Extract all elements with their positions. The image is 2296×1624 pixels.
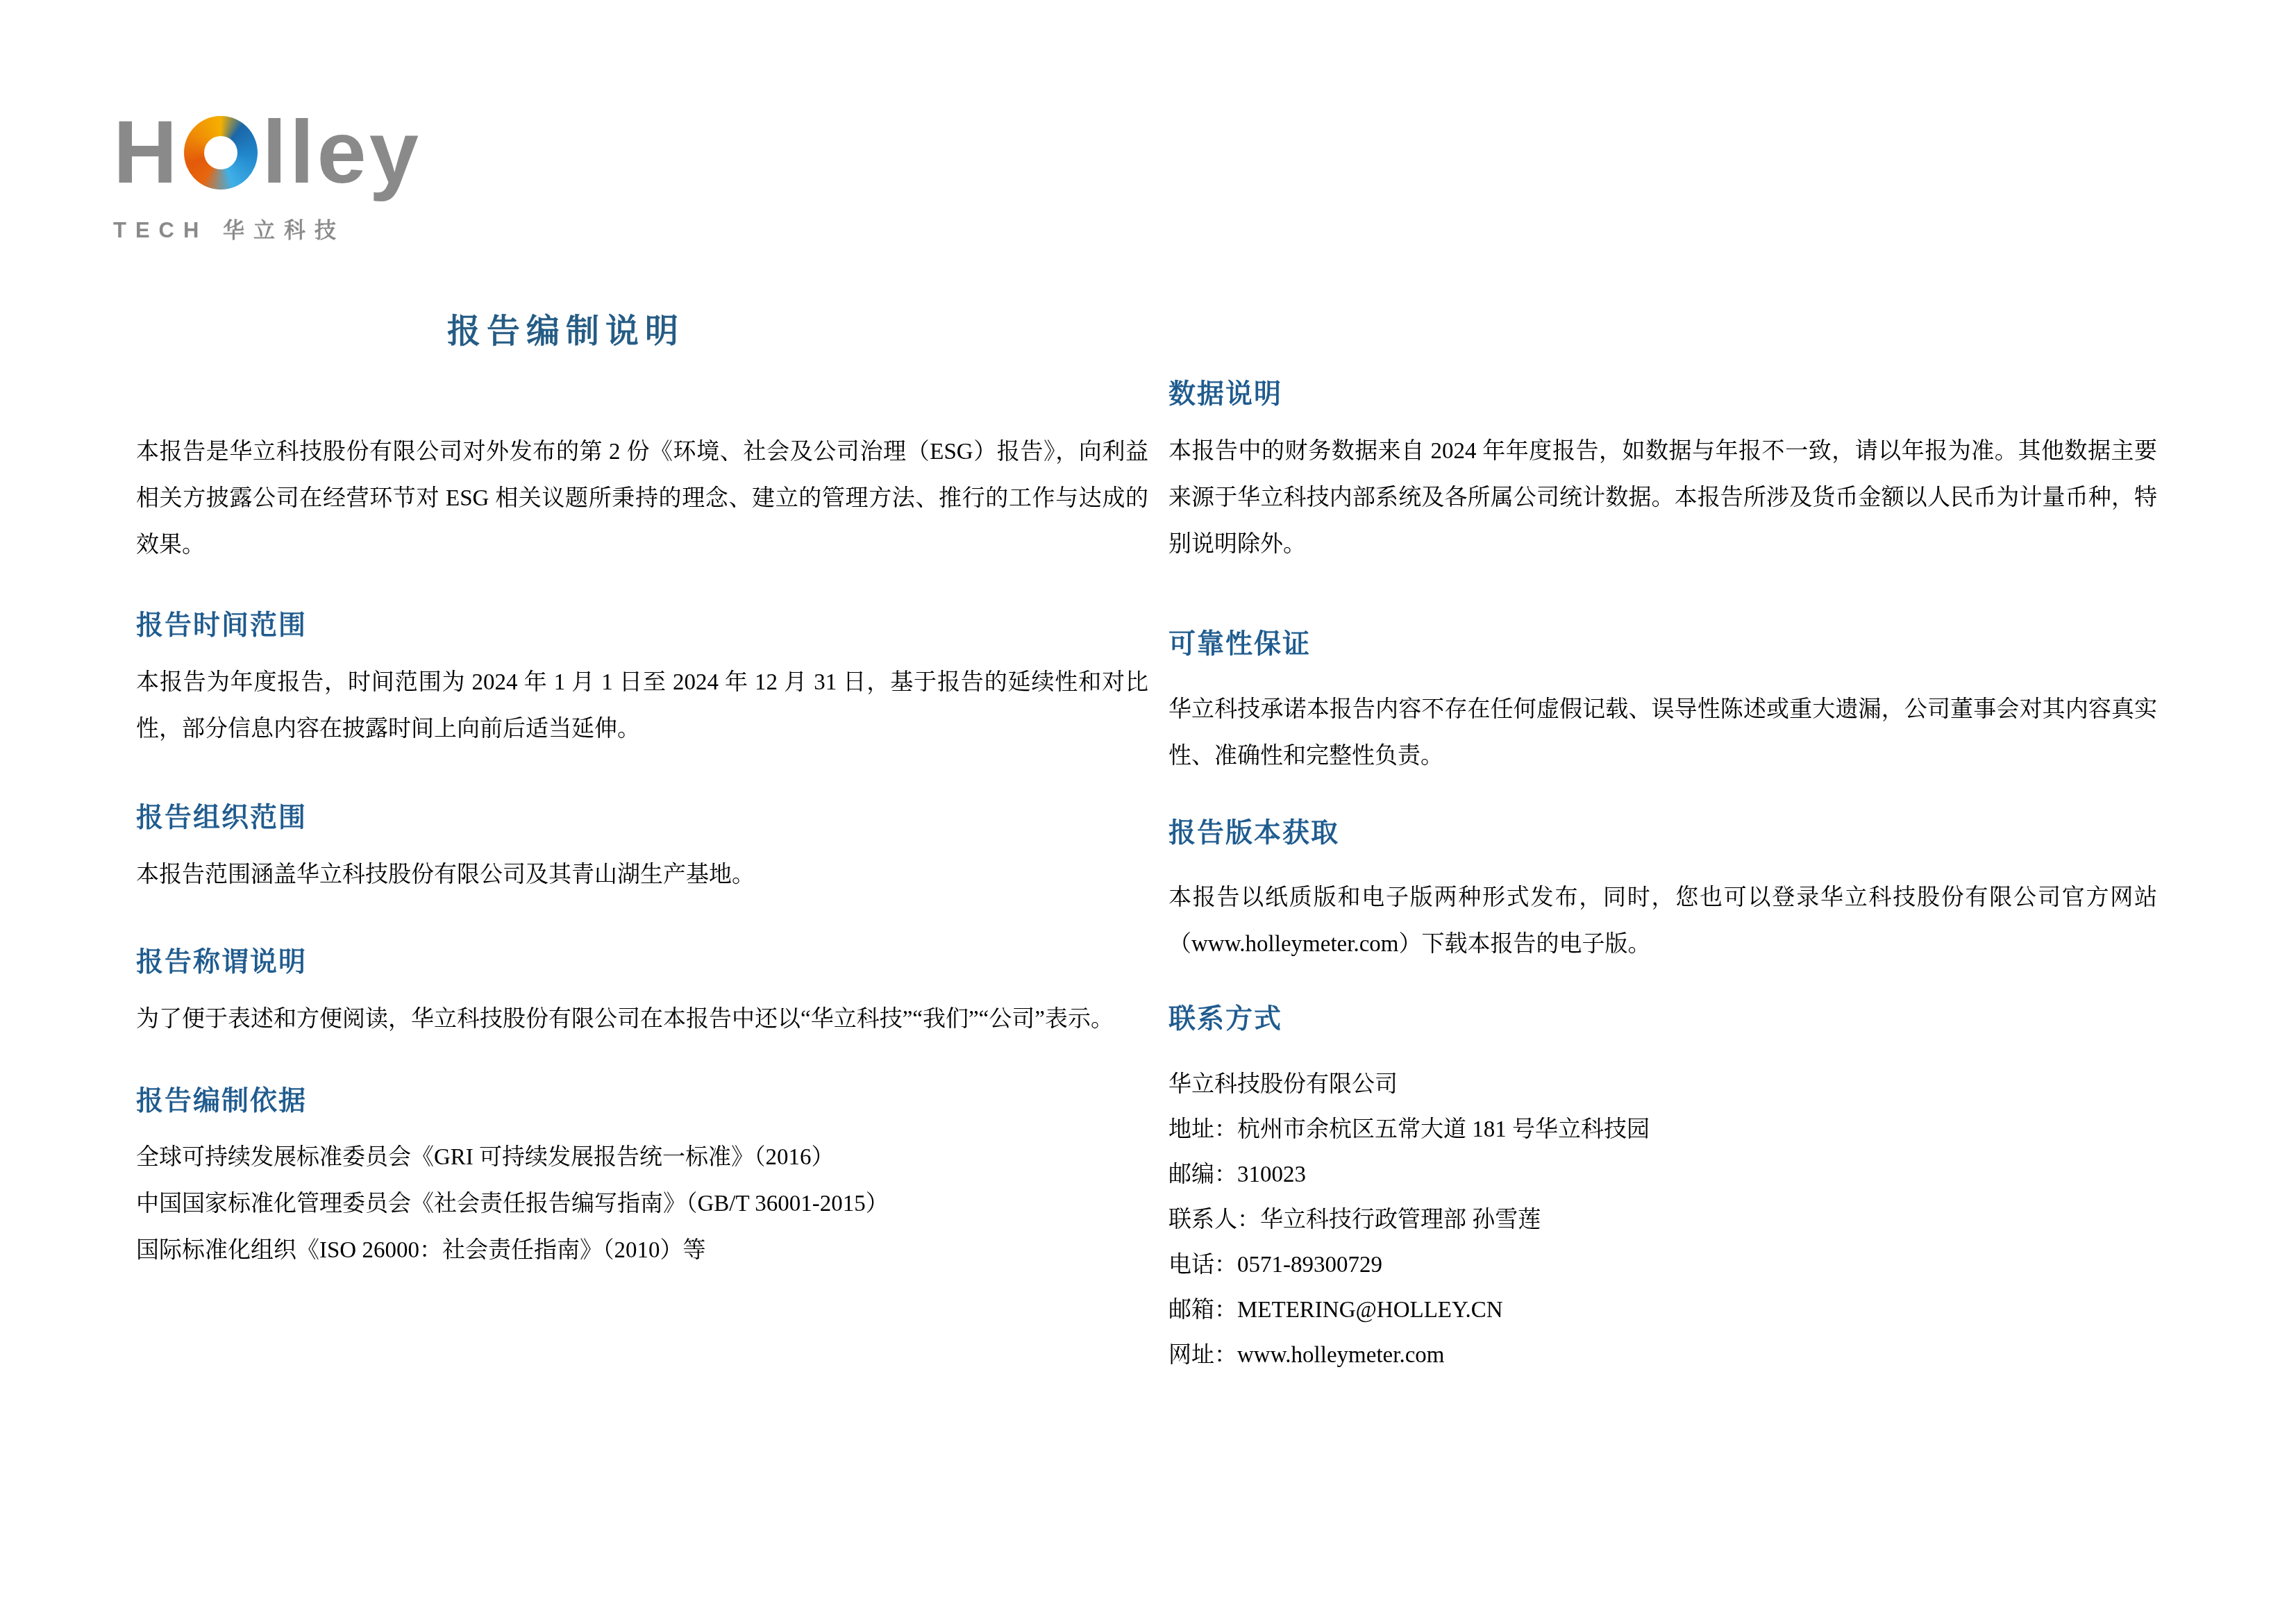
section-paragraph: 华立科技承诺本报告内容不存在任何虚假记载、误导性陈述或重大遗漏，公司董事会对其内…: [1168, 687, 2157, 780]
section-paragraph: 本报告为年度报告，时间范围为 2024 年 1 月 1 日至 2024 年 12…: [136, 660, 1148, 753]
intro-paragraph: 本报告是华立科技股份有限公司对外发布的第 2 份《环境、社会及公司治理（ESG）…: [136, 429, 1148, 569]
holley-logo-tagline: TECH 华立科技: [113, 212, 421, 244]
contact-postcode: 邮编：310023: [1168, 1153, 2157, 1198]
section-heading-contact: 联系方式: [1168, 1003, 2157, 1035]
section-heading-data-notes: 数据说明: [1168, 378, 2157, 410]
section-heading-report-naming: 报告称谓说明: [136, 946, 1148, 978]
contact-info-list: 华立科技股份有限公司 地址：杭州市余杭区五常大道 181 号华立科技园 邮编：3…: [1168, 1062, 2157, 1378]
report-basis-line: 国际标准化组织《ISO 26000：社会责任指南》（2010）等: [136, 1228, 1148, 1274]
holley-logo: H lley TECH 华立科技: [113, 108, 421, 244]
section-paragraph: 本报告中的财务数据来自 2024 年年度报告，如数据与年报不一致，请以年报为准。…: [1168, 428, 2157, 568]
holley-logo-swirl-icon: [184, 116, 258, 190]
holley-logo-letter-h: H: [113, 108, 180, 197]
holley-logo-wordmark: H lley: [113, 108, 421, 197]
contact-email: 邮箱：METERING@HOLLEY.CN: [1168, 1288, 2157, 1333]
contact-address: 地址：杭州市余杭区五常大道 181 号华立科技园: [1168, 1107, 2157, 1153]
section-heading-reliability: 可靠性保证: [1168, 628, 2157, 660]
contact-website: 网址：www.holleymeter.com: [1168, 1333, 2157, 1378]
report-basis-line: 中国国家标准化管理委员会《社会责任报告编写指南》（GB/T 36001-2015…: [136, 1181, 1148, 1228]
report-page: H lley TECH 华立科技 报告编制说明 本报告是华立科技股份有限公司对外…: [0, 0, 2296, 1624]
section-heading-report-org-scope: 报告组织范围: [136, 802, 1148, 834]
section-paragraph: 本报告以纸质版和电子版两种形式发布，同时，您也可以登录华立科技股份有限公司官方网…: [1168, 875, 2157, 968]
page-title: 报告编制说明: [447, 311, 1148, 353]
section-paragraph: 本报告范围涵盖华立科技股份有限公司及其青山湖生产基地。: [136, 852, 1148, 898]
contact-phone: 电话：0571-89300729: [1168, 1243, 2157, 1288]
holley-logo-letters-lley: lley: [262, 108, 421, 197]
section-paragraph: 为了便于表述和方便阅读，华立科技股份有限公司在本报告中还以“华立科技”“我们”“…: [136, 996, 1148, 1043]
right-column: 数据说明 本报告中的财务数据来自 2024 年年度报告，如数据与年报不一致，请以…: [1168, 378, 2157, 1378]
report-basis-line: 全球可持续发展标准委员会《GRI 可持续发展报告统一标准》（2016）: [136, 1135, 1148, 1181]
section-heading-report-basis: 报告编制依据: [136, 1085, 1148, 1117]
contact-company-name: 华立科技股份有限公司: [1168, 1062, 2157, 1107]
section-heading-report-access: 报告版本获取: [1168, 817, 2157, 849]
left-column: 报告编制说明 本报告是华立科技股份有限公司对外发布的第 2 份《环境、社会及公司…: [136, 311, 1148, 1274]
section-heading-report-time-scope: 报告时间范围: [136, 610, 1148, 642]
contact-person: 联系人：华立科技行政管理部 孙雪莲: [1168, 1198, 2157, 1243]
